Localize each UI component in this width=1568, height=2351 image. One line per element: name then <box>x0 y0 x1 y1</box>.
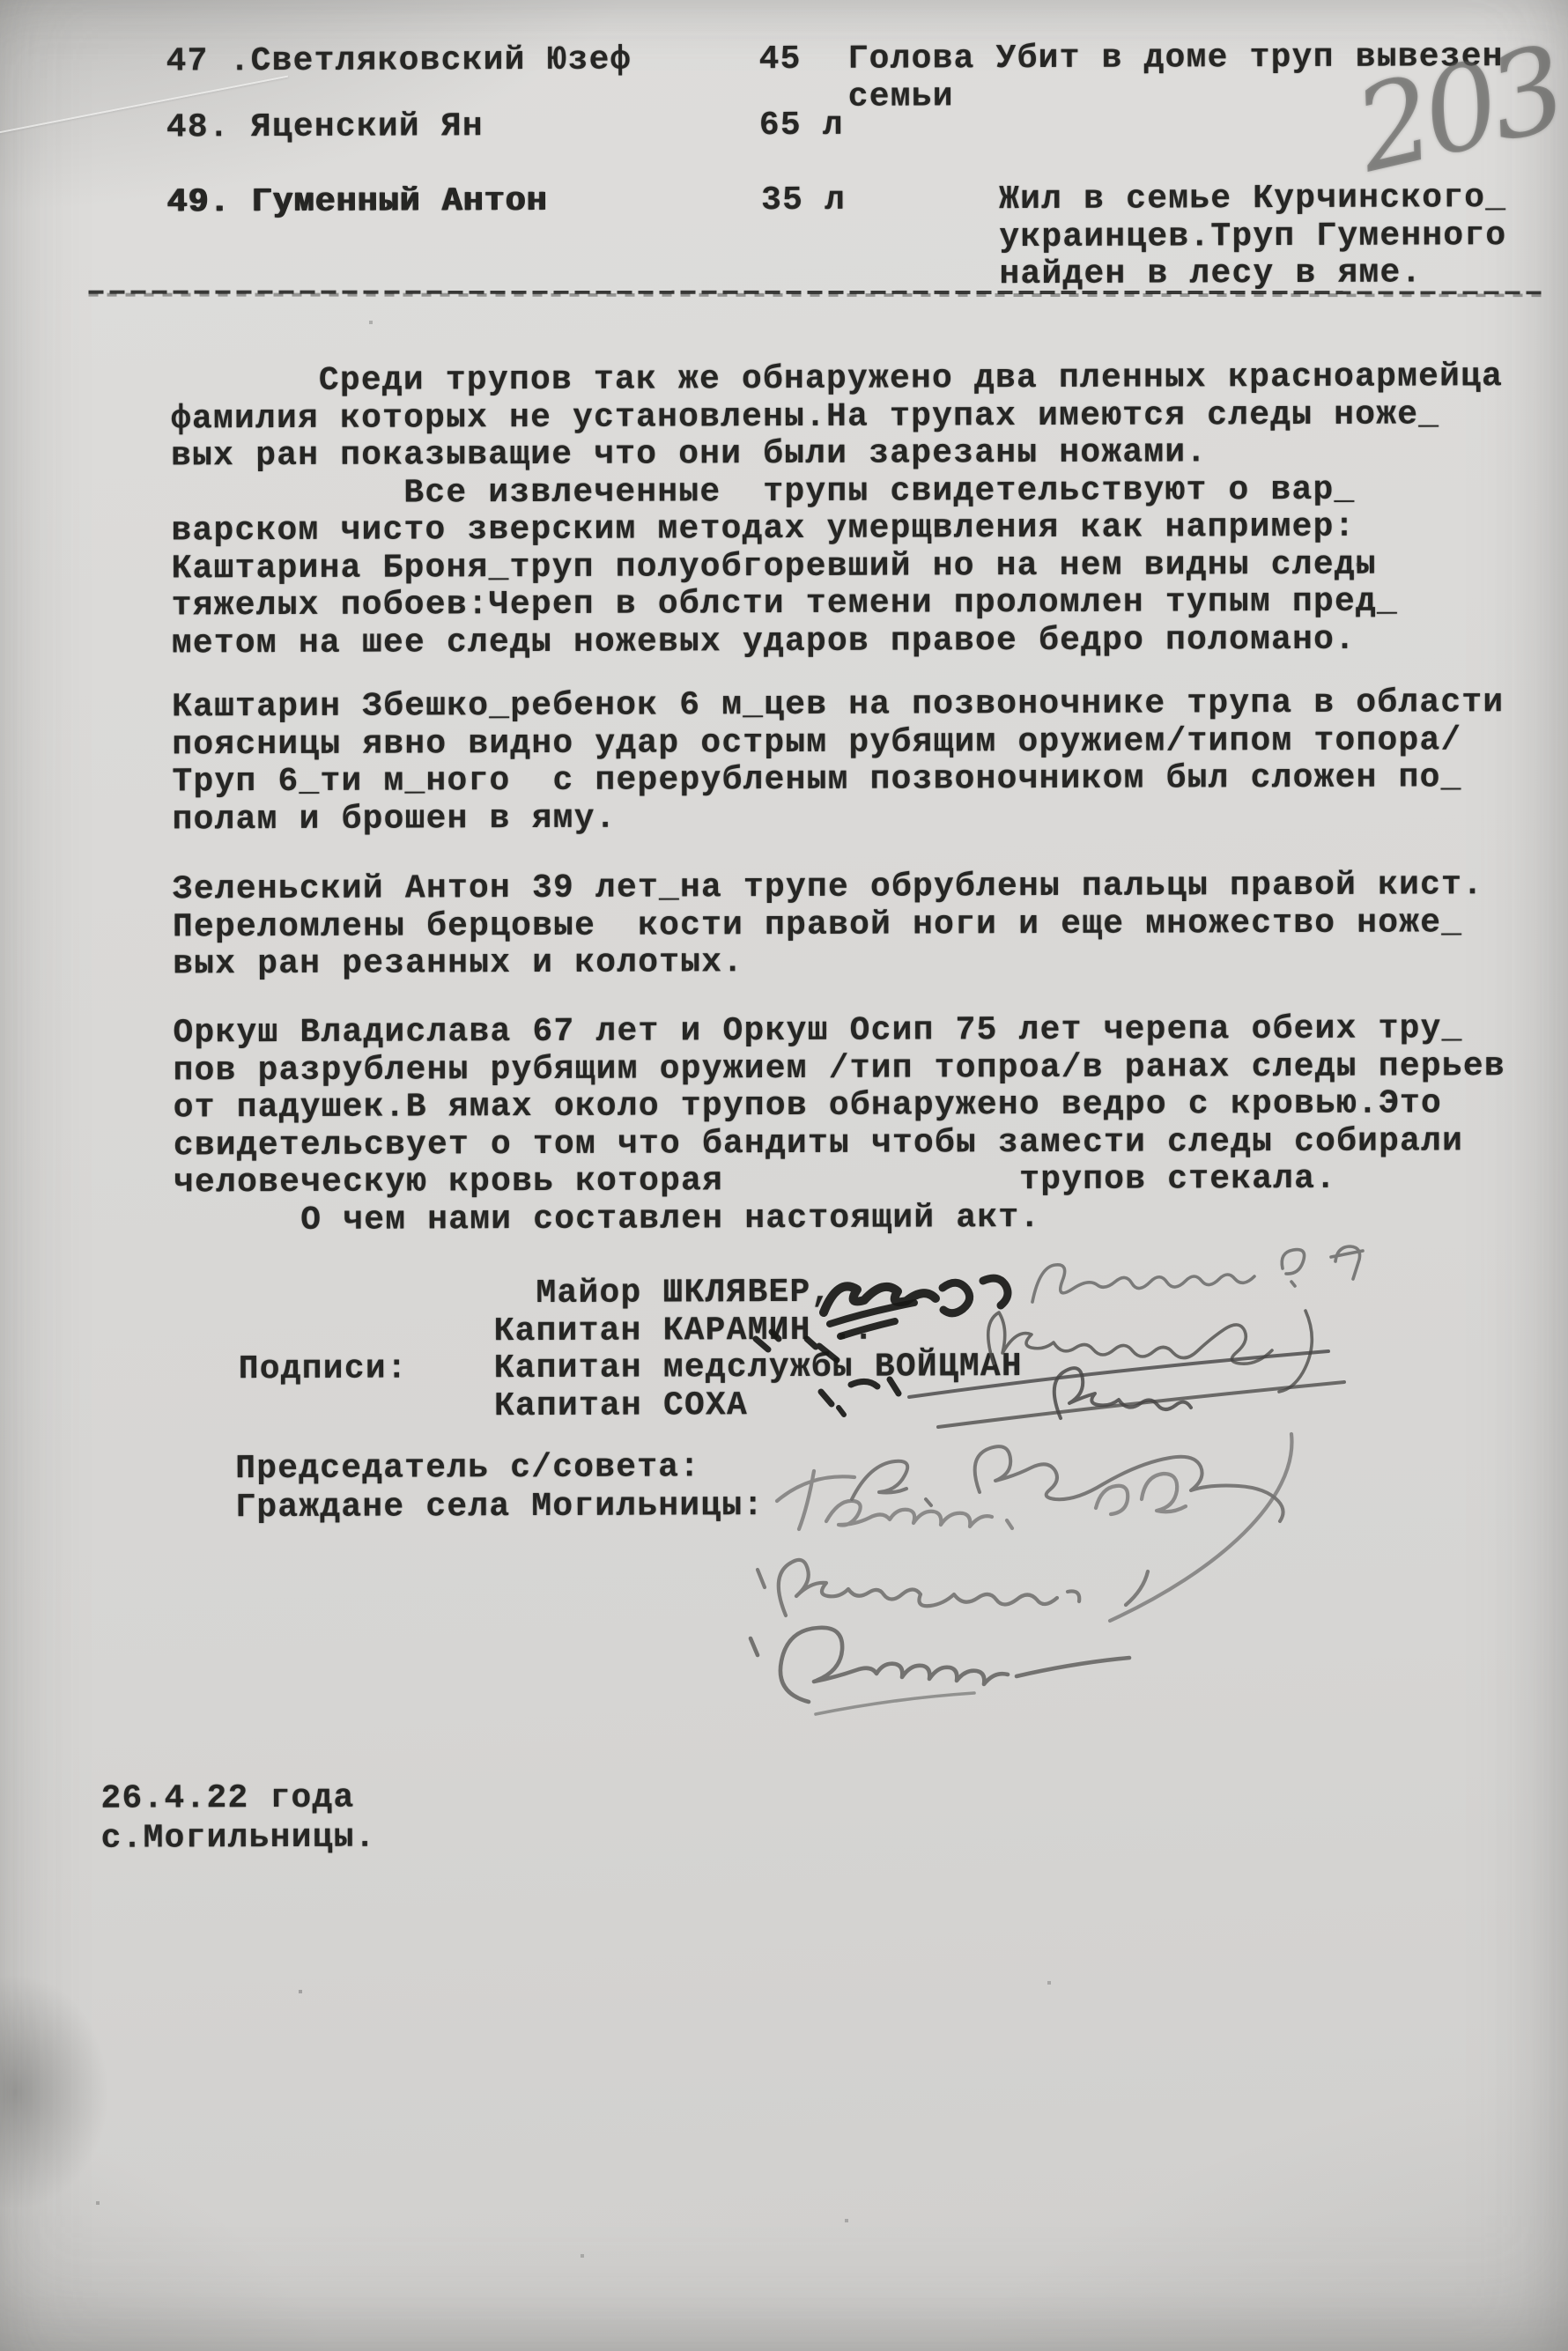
signature-shklyaver <box>1032 1246 1363 1302</box>
victim-row-47-age: 45 <box>759 41 802 79</box>
paragraph-kashtarin-child: Каштарин Збешко_ребенок 6 м_цев на позво… <box>172 684 1505 839</box>
signature-vashe-flourish <box>909 1351 1344 1427</box>
scanned-document-page: 47 .Светляковский Юзеф 45 Голова Убит в … <box>0 0 1568 2351</box>
victim-row-49-age: 35 л <box>761 182 846 220</box>
dashed-separator-line <box>89 291 1544 298</box>
victim-row-49-name: 49. Гуменный Антон <box>166 183 547 222</box>
signature-kapitalon <box>758 1560 1148 1615</box>
paper-specks <box>0 0 2 2</box>
paragraph-orkush-and-act: Оркуш Владислава 67 лет и Оркуш Осип 75 … <box>173 1010 1505 1239</box>
ink-blotch-scribble <box>756 1278 1008 1415</box>
date-place-block: 26.4.22 года с.Могильницы. <box>100 1778 375 1859</box>
typed-text-layer: 47 .Светляковский Юзеф 45 Голова Убит в … <box>0 0 1568 2351</box>
signature-t-so <box>852 1446 1283 1521</box>
handwritten-signatures-layer <box>599 1207 1568 1806</box>
paragraph-prisoners-and-methods: Среди трупов так же обнаружено два пленн… <box>171 359 1504 662</box>
paragraph-zelensky: Зеленьский Антон 39 лет_на трупе обрубле… <box>173 867 1484 984</box>
victim-row-48-age: 65 л <box>759 107 844 145</box>
signature-gnatyshyn <box>751 1628 1129 1714</box>
victim-row-49-note: Жил в семье Курчинского_ украинцев.Труп … <box>999 180 1507 294</box>
victim-row-47-name: 47 .Светляковский Юзеф <box>166 42 632 81</box>
signatures-label: Подписи: <box>239 1350 408 1388</box>
victim-row-48-name: 48. Яценский Ян <box>166 108 484 147</box>
